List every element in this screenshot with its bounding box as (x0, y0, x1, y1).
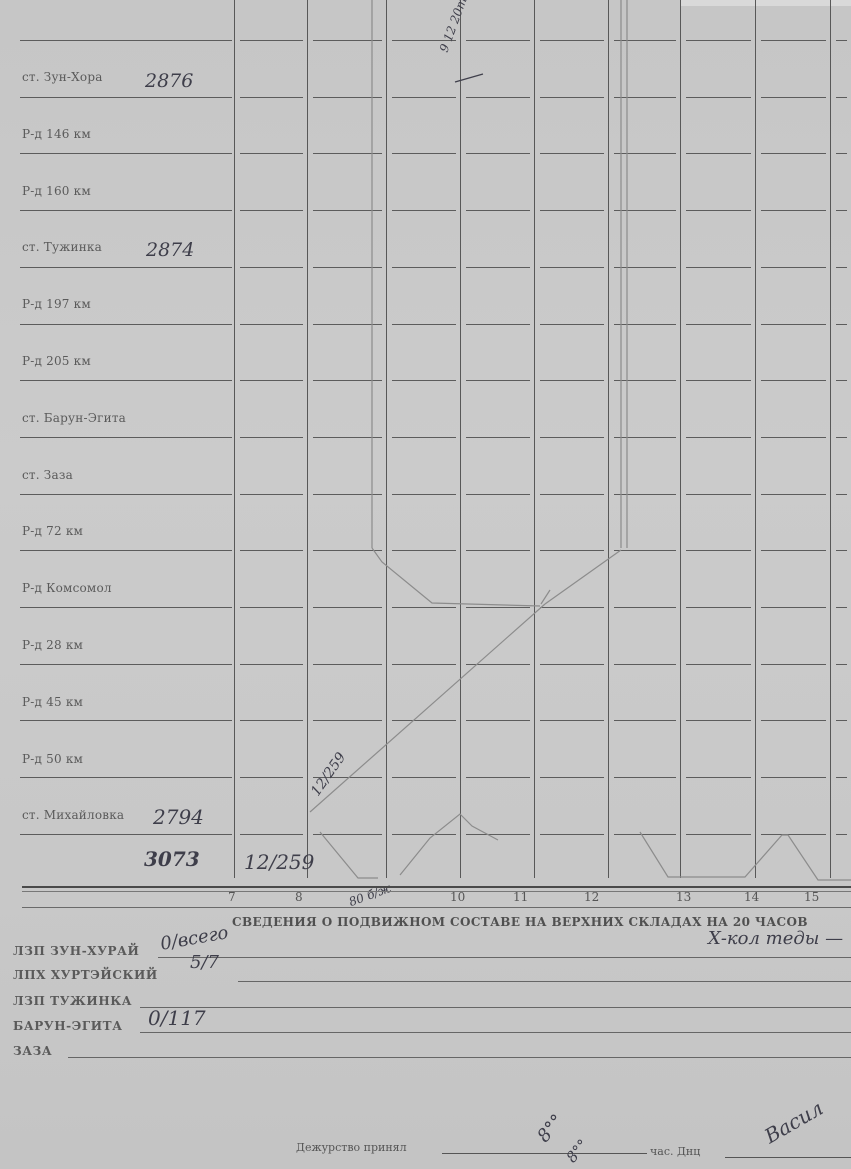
depot-label: ЛПХ ХУРТЭЙСКИЙ (13, 968, 158, 982)
depot-label: ЗАЗА (13, 1044, 52, 1058)
hw-depot-3: 0/117 (148, 1006, 206, 1030)
signature-line (725, 1157, 851, 1158)
hour-label: 7 (228, 890, 236, 904)
hour-label: 13 (676, 890, 691, 904)
hour-label: 14 (744, 890, 759, 904)
graph-bottom-rule-2 (22, 891, 851, 892)
hour-label: 15 (804, 890, 819, 904)
depot-fill-line (68, 1057, 851, 1058)
section-title: СВЕДЕНИЯ О ПОДВИЖНОМ СОСТАВЕ НА ВЕРХНИХ … (232, 915, 808, 929)
depot-fill-line (140, 1007, 851, 1008)
depot-label: ЛЗП ЗУН-ХУРАЙ (13, 944, 139, 958)
depot-label: БАРУН-ЭГИТА (13, 1019, 123, 1033)
duty-line (442, 1153, 647, 1154)
hw-right-note: Х-кол теды — (708, 928, 843, 949)
hw-fraction-12-259: 12/259 (244, 850, 314, 874)
hour-label: 8 (295, 890, 303, 904)
depot-fill-line (140, 1032, 851, 1033)
depot-label: ЛЗП ТУЖИНКА (13, 994, 132, 1008)
hour-label: 11 (513, 890, 528, 904)
hw-zun-hora-number: 2876 (145, 70, 193, 92)
hw-mikhailovka-number: 2794 (153, 805, 204, 829)
hw-extra-number: 3073 (144, 847, 200, 871)
duty-label: Дежурство принял (296, 1141, 407, 1154)
depot-fill-line (158, 957, 851, 958)
hour-label: 12 (584, 890, 599, 904)
hours-bottom-line (22, 907, 851, 908)
graph-bottom-rule (22, 886, 851, 888)
hw-tuzhinka-number: 2874 (146, 239, 194, 261)
depot-fill-line (238, 981, 851, 982)
hw-depot-1: 5/7 (190, 952, 219, 973)
hours-label: час. Днц (650, 1145, 700, 1158)
hour-label: 10 (450, 890, 465, 904)
